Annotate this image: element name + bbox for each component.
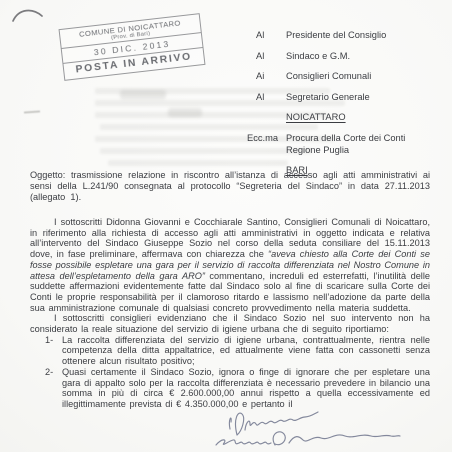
list-item: 2- Quasi certamente il Sindaco Sozio, ig… (45, 367, 430, 410)
procura-line2: Regione Puglia (286, 144, 405, 156)
recipient-row: Ai Consiglieri Comunali (256, 70, 452, 82)
signature-cocchiarale (216, 432, 400, 445)
recipient-city: NOICATTARO (286, 111, 452, 123)
recipient-prefix: Al (256, 91, 286, 103)
list-item: 1- La raccolta differenziata del servizi… (45, 335, 430, 367)
list-item-marker: 2- (45, 367, 53, 378)
recipient-row: Al Presidente del Consiglio (256, 29, 452, 41)
recipient-prefix: Al (256, 50, 286, 62)
subject-text: trasmissione relazione in riscontro all’… (30, 170, 430, 202)
scan-smudge (120, 90, 166, 99)
recipient-name: Procura della Corte dei ContiRegione Pug… (286, 132, 405, 156)
body-paragraph-2: I sottoscritti consiglieri evidenziano c… (30, 313, 430, 334)
recipient-prefix: Al (256, 29, 286, 41)
scan-mark (24, 110, 40, 113)
scan-smudge (168, 108, 202, 117)
recipient-name: Segretario Generale (286, 91, 370, 103)
list-item-marker: 1- (45, 335, 53, 346)
recipients-block: Al Presidente del Consiglio Al Sindaco e… (256, 29, 452, 185)
body-paragraph-1: I sottoscritti Didonna Giovanni e Cocchi… (30, 217, 430, 313)
scanned-letter-page: COMUNE DI NOICATTARO (Prov. di Bari) 30 … (0, 0, 452, 452)
list-item-text: La raccolta differenziata del servizio d… (62, 335, 430, 366)
recipient-row-procura: Ecc.ma Procura della Corte dei ContiRegi… (247, 132, 452, 156)
recipient-row: Al Segretario Generale (256, 91, 452, 103)
recipient-prefix: Ai (256, 70, 286, 82)
recipient-name: Consiglieri Comunali (286, 70, 371, 82)
arrival-stamp: COMUNE DI NOICATTARO (Prov. di Bari) 30 … (59, 13, 206, 81)
handwritten-signatures (212, 407, 404, 451)
numbered-list: 1- La raccolta differenziata del servizi… (45, 335, 430, 410)
pen-mark (10, 5, 48, 27)
signature-didonna (229, 418, 231, 429)
letter-body: I sottoscritti Didonna Giovanni e Cocchi… (30, 217, 430, 410)
recipient-city-label: NOICATTARO (286, 112, 346, 122)
recipient-name: Presidente del Consiglio (286, 29, 386, 41)
subject-label: Oggetto: (30, 170, 65, 180)
list-item-text: Quasi certamente il Sindaco Sozio, ignor… (62, 367, 430, 409)
recipient-prefix: Ecc.ma (247, 132, 286, 156)
procura-line1: Procura della Corte dei Conti (286, 133, 405, 143)
subject-paragraph: Oggetto: trasmissione relazione in risco… (30, 170, 430, 204)
recipient-name: Sindaco e G.M. (286, 50, 350, 62)
recipient-row: Al Sindaco e G.M. (256, 50, 452, 62)
